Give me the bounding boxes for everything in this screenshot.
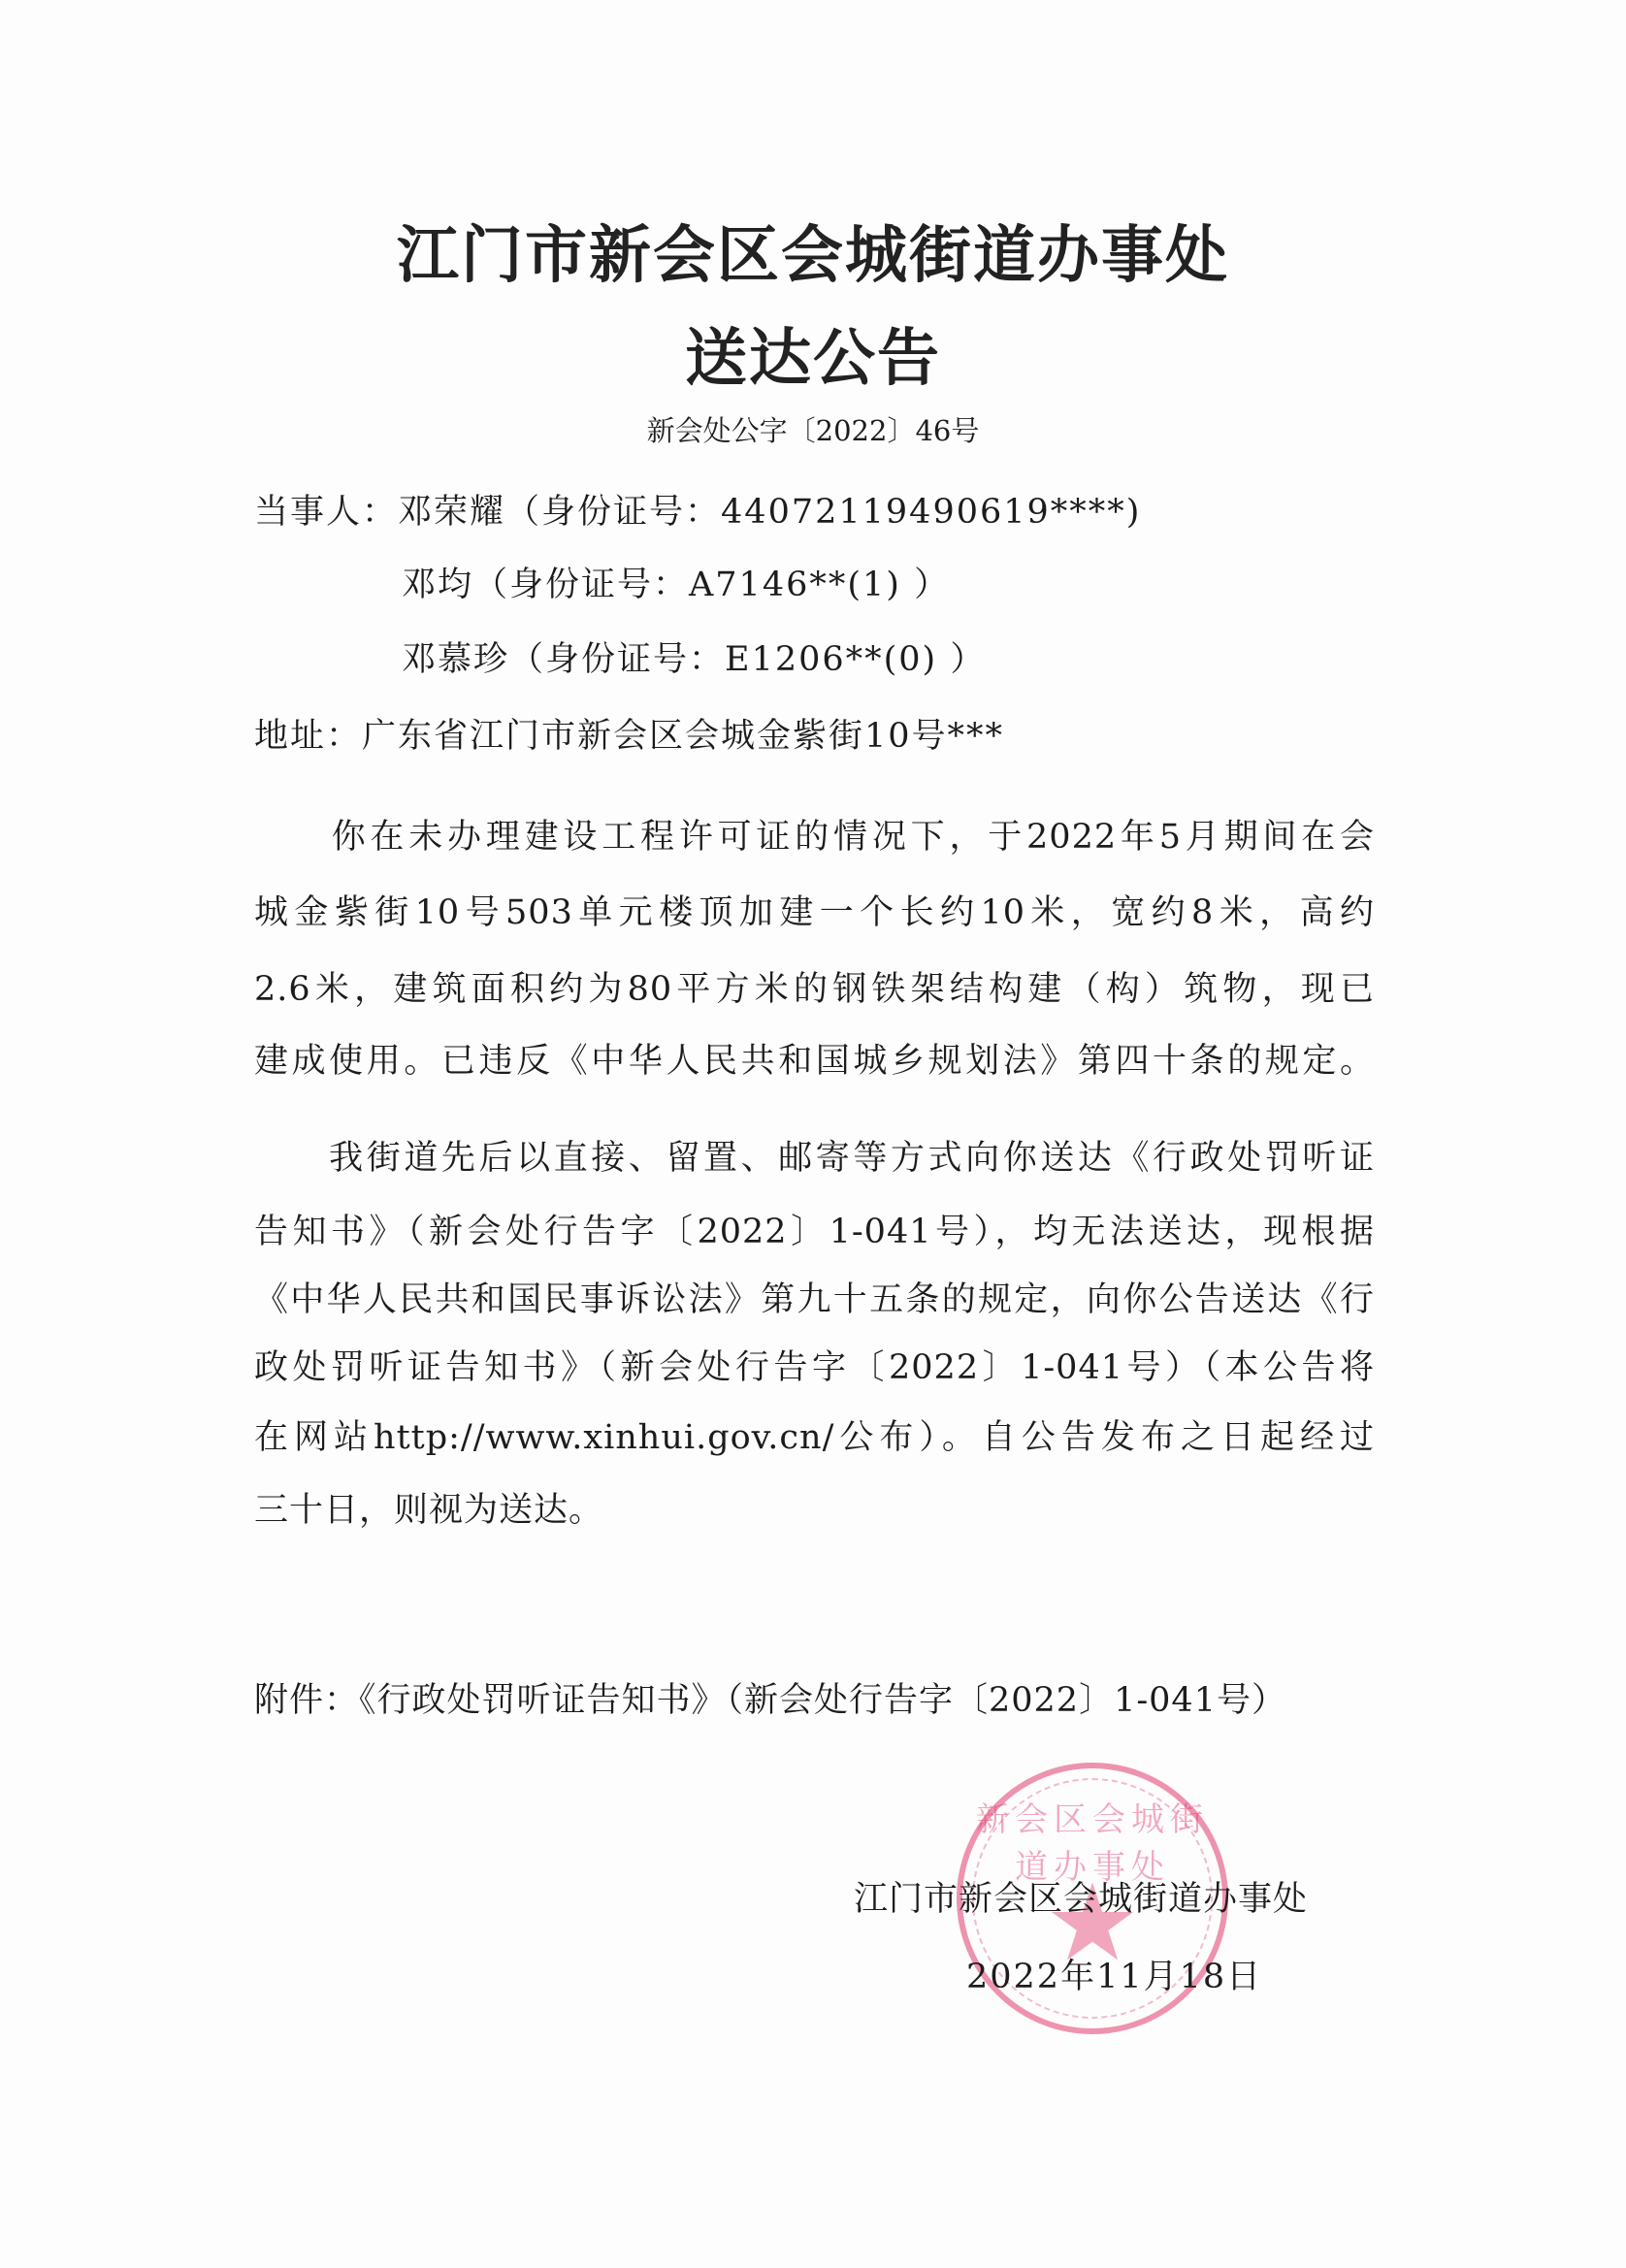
- paragraph-line: 建成使用。已违反《中华人民共和国城乡规划法》第四十条的规定。: [254, 1034, 1375, 1083]
- paragraph-line: 城金紫街10号503单元楼顶加建一个长约10米，宽约8米，高约: [254, 886, 1375, 934]
- title-line1: 江门市新会区会城街道办事处: [0, 206, 1626, 295]
- paragraph-line: 政处罚听证告知书》（新会处行告字〔2022〕1-041号）（本公告将: [254, 1341, 1375, 1389]
- parties-line-2: 邓均（身份证号：A7146**(1) ）: [402, 558, 950, 606]
- paragraph-line: 在网站http://www.xinhui.gov.cn/公布）。自公告发布之日起…: [254, 1410, 1375, 1459]
- party-name: 邓荣耀: [398, 493, 505, 532]
- paragraph-line: 2.6米，建筑面积约为80平方米的钢铁架结构建（构）筑物，现已: [254, 962, 1375, 1011]
- party-name: 邓均: [402, 566, 473, 604]
- paragraph-line: 三十日，则视为送达。: [254, 1483, 1375, 1532]
- paragraph-line: 你在未办理建设工程许可证的情况下，于2022年5月期间在会: [254, 810, 1375, 859]
- parties-line-1: 当事人：邓荣耀（身份证号：44072119490619****): [254, 485, 1141, 534]
- party-id: （身份证号：44072119490619****): [505, 493, 1141, 532]
- signature-org: 江门市新会区会城街道办事处: [854, 1872, 1308, 1921]
- parties-label: 当事人：: [254, 493, 398, 532]
- signature-date: 2022年11月18日: [966, 1950, 1262, 1998]
- party-id: （身份证号：E1206**(0) ）: [509, 640, 986, 679]
- paragraph-line: 告知书》（新会处行告字〔2022〕1-041号），均无法送达，现根据: [254, 1205, 1375, 1253]
- address-line: 地址：广东省江门市新会区会城金紫街10号***: [254, 709, 1004, 758]
- address-label: 地址：: [254, 717, 362, 756]
- attachment-line: 附件：《行政处罚听证告知书》（新会处行告字〔2022〕1-041号）: [254, 1673, 1286, 1722]
- paragraph-line: 我街道先后以直接、留置、邮寄等方式向你送达《行政处罚听证: [254, 1131, 1375, 1180]
- paragraph-line: 《中华人民共和国民事诉讼法》第九十五条的规定，向你公告送达《行: [254, 1273, 1375, 1321]
- doc-number: 新会处公字〔2022〕46号: [0, 409, 1626, 449]
- party-name: 邓慕珍: [402, 640, 509, 679]
- title-line2: 送达公告: [0, 308, 1626, 398]
- party-id: （身份证号：A7146**(1) ）: [473, 566, 950, 604]
- parties-line-3: 邓慕珍（身份证号：E1206**(0) ）: [402, 632, 986, 681]
- address-value: 广东省江门市新会区会城金紫街10号***: [362, 717, 1004, 756]
